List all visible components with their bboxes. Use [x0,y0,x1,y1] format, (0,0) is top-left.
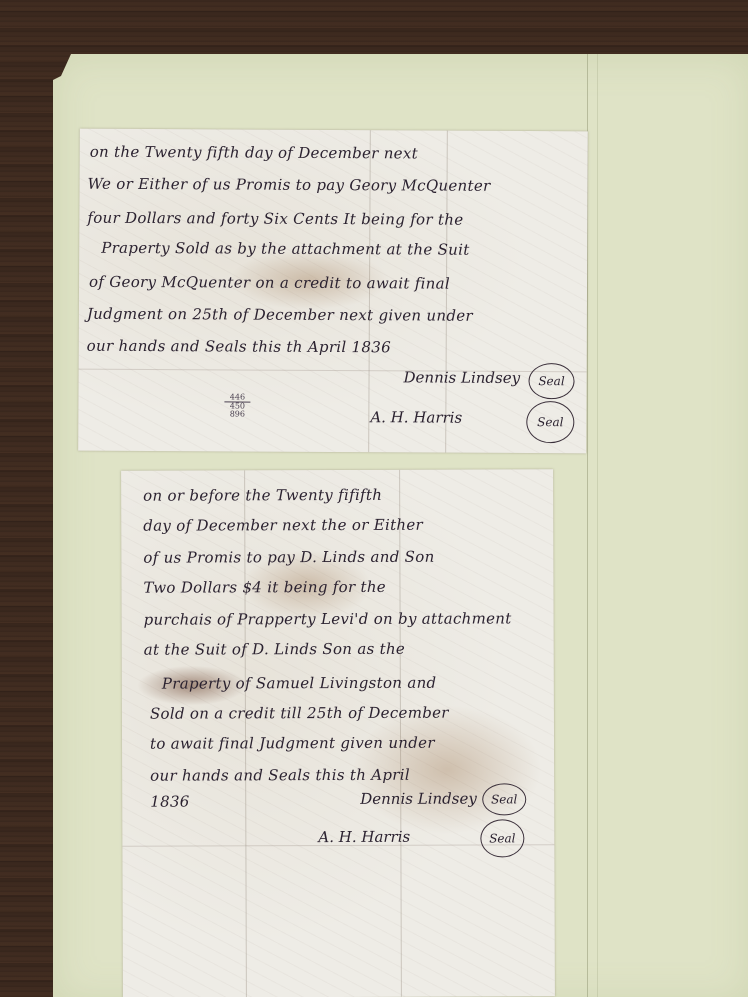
doc2-line-4: Two Dollars $4 it being for the [143,578,386,597]
doc1-seal-1: Seal [528,363,574,399]
doc2-signature-2: A. H. Harris [318,828,410,846]
document-2-promissory-note: on or before the Twenty fififth day of D… [121,469,555,997]
tally-bottom: 896 [224,410,250,418]
doc2-line-10: our hands and Seals this th April [150,766,410,785]
doc1-line-7: our hands and Seals this th April 1836 [87,337,391,357]
document-1-promissory-note: on the Twenty fifth day of December next… [78,129,588,454]
doc1-line-2: We or Either of us Promis to pay Geory M… [88,175,491,195]
doc1-line-6: Judgment on 25th of December next given … [87,305,473,325]
doc1-seal-2: Seal [526,401,574,443]
doc1-line-4: Praperty Sold as by the attachment at th… [101,239,469,259]
doc2-line-8: Sold on a credit till 25th of December [150,704,449,723]
doc1-line-3: four Dollars and forty Six Cents It bein… [87,209,463,229]
doc2-line-3: of us Promis to pay D. Linds and Son [143,548,434,567]
doc1-tally: 446 450 896 [224,393,250,418]
doc1-line-1: on the Twenty fifth day of December next [90,143,418,163]
doc2-line-2: day of December next the or Either [143,516,423,535]
doc1-signature-2: A. H. Harris [370,408,462,426]
doc2-line-7: Praperty of Samuel Livingston and [162,674,437,693]
tally-top: 446 [224,393,250,401]
doc2-line-1: on or before the Twenty fififth [143,486,382,505]
doc2-seal-1: Seal [482,783,526,815]
doc2-signature-1: Dennis Lindsey [360,790,477,808]
doc1-line-5: of Geory McQuenter on a credit to await … [89,273,450,293]
doc2-line-5: purchais of Prapperty Levi'd on by attac… [144,609,512,628]
doc2-line-6: at the Suit of D. Linds Son as the [144,640,405,659]
folder-fold-line-secondary [597,54,598,997]
doc2-seal-2: Seal [480,819,524,857]
doc2-line-9: to await final Judgment given under [150,734,435,753]
doc1-signature-1: Dennis Lindsey [404,368,521,387]
doc2-line-11: 1836 [150,793,189,811]
